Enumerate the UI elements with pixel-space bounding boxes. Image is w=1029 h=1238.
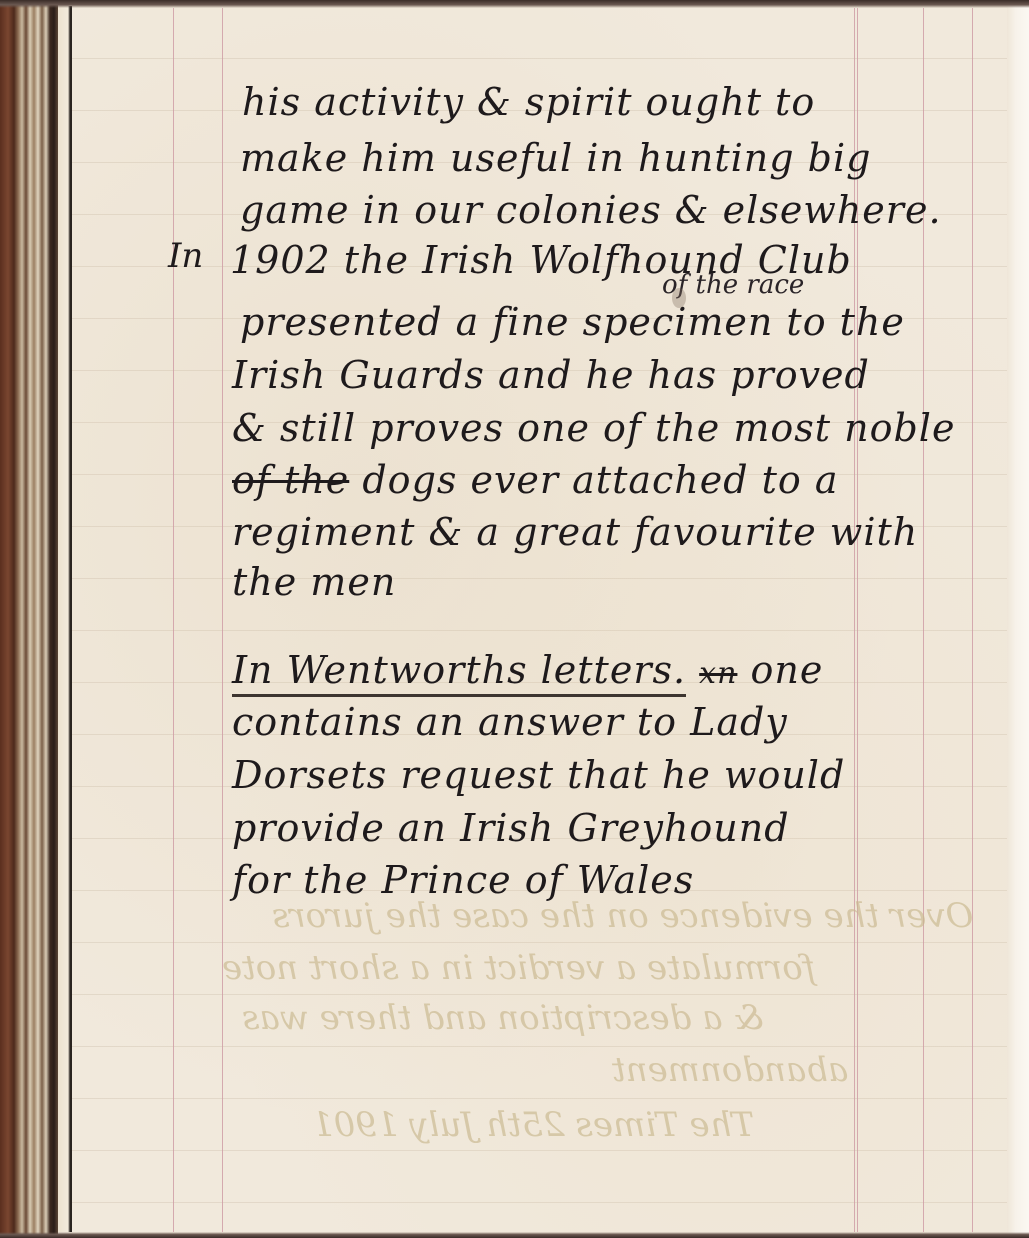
show-through-line-5: The Times 25th July 1901 xyxy=(312,1105,754,1145)
page-right-edge xyxy=(1007,0,1029,1238)
paragraph-2-line-1: contains an answer to Lady xyxy=(232,700,788,744)
text-line-10: the men xyxy=(232,560,396,604)
struck-text: of the xyxy=(232,458,349,502)
paragraph-2-line-3: provide an Irish Greyhound xyxy=(232,806,790,850)
text-line-8: of the dogs ever attached to a xyxy=(232,458,839,502)
paragraph-2-line-4: for the Prince of Wales xyxy=(232,858,694,902)
top-edge-shadow xyxy=(0,0,1029,8)
text-line-7: & still proves one of the most noble xyxy=(232,406,955,450)
text-line-9: regiment & a great favourite with xyxy=(232,510,918,554)
book-spine-edge xyxy=(0,0,58,1238)
paragraph-2-heading-line: In Wentworths letters. xn one xyxy=(232,648,823,692)
text-line-2: make him useful in hunting big xyxy=(240,136,872,180)
right-margin-rule-3 xyxy=(972,8,973,1232)
text-line-6: Irish Guards and he has proved xyxy=(232,353,870,397)
text-line-3: game in our colonies & elsewhere. xyxy=(240,188,942,232)
paragraph-2-line-0: one xyxy=(751,648,824,692)
show-through-line-4: abandonment xyxy=(612,1050,848,1090)
paragraph-2-line-2: Dorsets request that he would xyxy=(232,753,845,797)
page-leaf-edge xyxy=(58,6,72,1232)
text-line-1: his activity & spirit ought to xyxy=(242,80,815,124)
bottom-edge-shadow xyxy=(0,1232,1029,1238)
manuscript-scan: Over the evidence on the case the jurors… xyxy=(0,0,1029,1238)
struck-word: xn xyxy=(699,656,737,691)
show-through-line-2: formulate a verdict in a short note xyxy=(222,948,815,988)
show-through-line-3: & a description and there was xyxy=(242,998,764,1038)
left-margin-rule-inner xyxy=(222,8,223,1232)
show-through-line-1: Over the evidence on the case the jurors xyxy=(272,896,973,936)
text-line-5: presented a fine specimen to the xyxy=(240,300,905,344)
text-line-8-rest: dogs ever attached to a xyxy=(362,458,838,502)
paragraph-2-heading: In Wentworths letters. xyxy=(232,648,686,697)
notebook-page: Over the evidence on the case the jurors… xyxy=(72,8,1007,1232)
left-margin-rule-outer xyxy=(173,8,174,1232)
margin-note: In xyxy=(168,236,203,276)
ink-blot xyxy=(672,288,686,308)
